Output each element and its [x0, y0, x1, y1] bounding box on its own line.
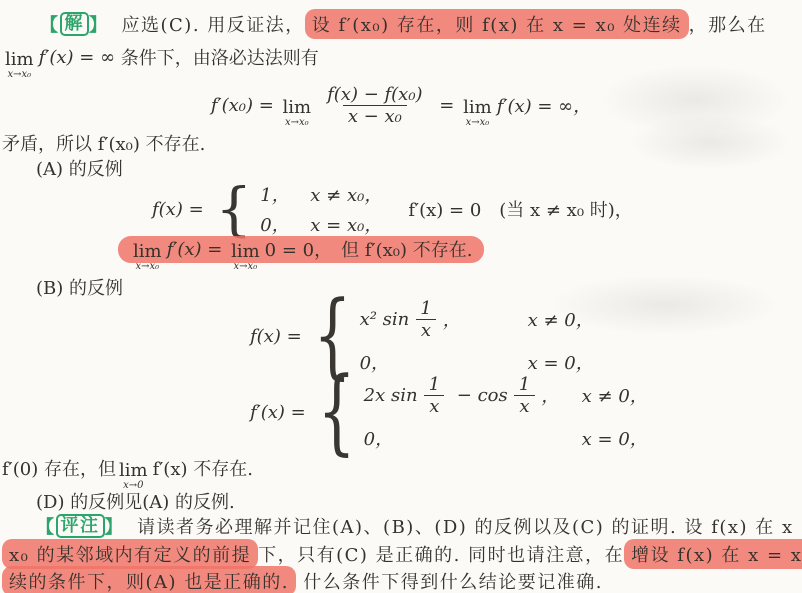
case-rows: 1，x ≠ x₀， 0，x = x₀， [260, 181, 382, 237]
remark-label-text: 评注 [56, 514, 105, 538]
case-row: 0， x = 0， [364, 425, 648, 451]
solution-line-2: limx→x₀ f′(x) = ∞ 条件下，由洛必达法则有 [2, 45, 319, 69]
limit-result-text: 0 = 0， 但 f′(x₀) 不存在. [265, 236, 473, 262]
lim-word: lim [231, 242, 260, 262]
solution-line-1-tail: ，那么在 [689, 11, 767, 37]
limit-operator: limx→x₀ [283, 98, 312, 128]
case-value: 0， [364, 425, 393, 451]
case-brace: { [317, 366, 355, 459]
case-condition: x = 0， [528, 349, 594, 375]
case-rows: x² sin1x， x ≠ 0， 0， x = 0， [360, 298, 594, 375]
case-row: 2x sin1x − cos1x， x ≠ 0， [364, 374, 648, 417]
solution-line-2-text: 条件下，由洛必达法则有 [121, 44, 319, 70]
highlight-premise: x₀ 的某邻域内有定义的前提 [2, 539, 258, 569]
fraction-numerator: f(x) − f(x₀) [322, 84, 427, 105]
piecewise-function-a: f(x) = { 1，x ≠ x₀， 0，x = x₀， f′(x) = 0 (… [152, 183, 633, 235]
highlighted-assumption-text: 设 f′(x₀) 存在，则 f(x) 在 x = x₀ 处连续 [312, 15, 682, 36]
counterexample-b-title: (B) 的反例 [36, 274, 123, 300]
contradiction-text: 矛盾，所以 f′(x₀) 不存在. [2, 130, 205, 156]
case-expression: 0， [364, 425, 582, 451]
piecewise-function-b: f(x) = { x² sin1x， x ≠ 0， 0， x = 0， [250, 298, 594, 374]
function-b-lhs: f(x) = [250, 326, 307, 347]
piecewise-derivative-b: f′(x) = { 2x sin1x − cos1x， x ≠ 0， 0， x … [250, 374, 648, 450]
solution-line-1: 【解】 应选(C). 用反证法， 设 f′(x₀) 存在，则 f(x) 在 x … [40, 12, 767, 36]
one-over-x-fraction: 1x [415, 298, 436, 341]
limit-operator: limx→x₀ [133, 242, 162, 272]
highlighted-condition-text: 增设 f(x) 在 x = x₀ 连 [631, 545, 802, 566]
derivative-a-note: f′(x) = 0 (当 x ≠ x₀ 时)， [408, 196, 632, 222]
lim-subscript: x→x₀ [234, 261, 258, 272]
difference-quotient-fraction: f(x) − f(x₀)x − x₀ [322, 84, 427, 127]
fraction-denominator: x [416, 319, 436, 341]
limit-operator: limx→x₀ [5, 50, 34, 80]
one-over-x-fraction: 1x [514, 374, 535, 417]
lim-word: lim [119, 461, 148, 481]
limit-operator: limx→0 [119, 461, 148, 491]
remark-text-1: 请读者务必理解并记住(A)、(B)、(D) 的反例以及(C) 的证明. 设 f(… [137, 513, 802, 539]
counterexample-a-title: (A) 的反例 [36, 155, 123, 181]
lim-subscript: x→x₀ [466, 117, 490, 128]
counterexample-a-conclusion: limx→x₀ f′(x) = limx→x₀ 0 = 0， 但 f′(x₀) … [118, 237, 484, 261]
label-bracket-left: 【 [36, 513, 56, 539]
case-expression: 2x sin1x − cos1x， [364, 374, 582, 417]
fraction-numerator: 1 [424, 374, 445, 395]
one-over-x-fraction: 1x [424, 374, 445, 417]
label-bracket-right: 】 [89, 11, 109, 37]
counterexample-a-heading: (A) 的反例 [36, 156, 123, 180]
limit-lhs: f′(x) = [167, 239, 228, 260]
highlighted-premise-text: x₀ 的某邻域内有定义的前提 [9, 545, 251, 566]
case-expression: 0， [360, 349, 528, 375]
fraction-denominator: x [514, 395, 534, 417]
case-row: 0，x = x₀， [260, 211, 382, 237]
case-condition: x ≠ 0， [582, 382, 648, 408]
term: x² sin [360, 309, 410, 330]
remark-text-3: 什么条件下得到什么结论要记准确. [296, 568, 603, 593]
case-value: 1， [260, 181, 310, 207]
case-row: x² sin1x， x ≠ 0， [360, 298, 594, 341]
limit-operator: limx→x₀ [463, 98, 492, 128]
function-a-lhs: f(x) = [152, 199, 209, 220]
limit-operator: limx→x₀ [231, 242, 260, 272]
formula-rhs: f′(x) = ∞， [497, 92, 591, 118]
case-value: 0， [360, 349, 389, 375]
highlight-conclusion: 续的条件下，则(A) 也是正确的. [2, 566, 296, 593]
lim-word: lim [133, 242, 162, 262]
case-expression: x² sin1x， [360, 298, 528, 341]
fraction-numerator: 1 [514, 374, 535, 395]
case-rows: 2x sin1x − cos1x， x ≠ 0， 0， x = 0， [364, 374, 648, 451]
counterexample-b-heading: (B) 的反例 [36, 275, 123, 299]
comma: ， [541, 382, 559, 408]
derivative-b-lhs: f′(x) = [250, 402, 311, 423]
term: 2x sin [364, 385, 418, 406]
fraction-denominator: x − x₀ [343, 105, 407, 127]
formula-lhs: f′(x₀) = [211, 95, 280, 116]
solution-label: 【解】 [40, 11, 109, 37]
b-conclusion-tail: f′(x) 不存在. [153, 455, 253, 481]
remark-line-2: x₀ 的某邻域内有定义的前提 下，只有(C) 是正确的. 同时也请注意，在 增设… [2, 542, 802, 566]
comma: ， [443, 306, 461, 332]
case-brace: { [215, 180, 252, 238]
fraction-denominator: x [424, 395, 444, 417]
lim-subscript: x→x₀ [285, 117, 309, 128]
case-condition: x = 0， [582, 425, 648, 451]
b-conclusion-lead: f′(0) 存在，但 [2, 455, 116, 481]
counterexample-d-line: (D) 的反例见(A) 的反例. [36, 489, 235, 513]
case-condition: x ≠ x₀， [310, 181, 382, 207]
fraction-numerator: 1 [415, 298, 436, 319]
contradiction-line: 矛盾，所以 f′(x₀) 不存在. [2, 131, 205, 155]
case-condition: x = x₀， [310, 211, 382, 237]
case-row: 0， x = 0， [360, 349, 594, 375]
remark-label: 【评注】 [36, 513, 124, 539]
remark-line-3: 续的条件下，则(A) 也是正确的. 什么条件下得到什么结论要记准确. [2, 569, 603, 593]
equals-sign: = [434, 95, 461, 116]
lim-word: lim [5, 50, 34, 70]
scanned-textbook-page: 【解】 应选(C). 用反证法， 设 f′(x₀) 存在，则 f(x) 在 x … [0, 0, 802, 593]
remark-line-1: 【评注】 请读者务必理解并记住(A)、(B)、(D) 的反例以及(C) 的证明.… [36, 514, 802, 538]
case-row: 1，x ≠ x₀， [260, 181, 382, 207]
term: − cos [451, 385, 508, 406]
case-value: 0， [260, 211, 310, 237]
counterexample-b-conclusion: f′(0) 存在，但 limx→0 f′(x) 不存在. [2, 456, 253, 480]
highlight-assumption: 设 f′(x₀) 存在，则 f(x) 在 x = x₀ 处连续 [305, 9, 689, 39]
lim-word: lim [463, 98, 492, 118]
highlight-counterexample-a: limx→x₀ f′(x) = limx→x₀ 0 = 0， 但 f′(x₀) … [118, 236, 484, 263]
solution-intro-text: 应选(C). 用反证法， [122, 11, 305, 37]
case-condition: x ≠ 0， [528, 306, 594, 332]
remark-text-2: 下，只有(C) 是正确的. 同时也请注意，在 [258, 541, 624, 567]
lim-subscript: x→x₀ [7, 69, 31, 80]
counterexample-d-text: (D) 的反例见(A) 的反例. [36, 488, 235, 514]
display-formula-lhopital: f′(x₀) = limx→x₀ f(x) − f(x₀)x − x₀ = li… [0, 80, 802, 130]
lim-subscript: x→x₀ [135, 261, 159, 272]
label-bracket-left: 【 [40, 11, 60, 37]
label-bracket-right: 】 [105, 513, 125, 539]
solution-label-text: 解 [60, 12, 90, 36]
highlight-added-condition: 增设 f(x) 在 x = x₀ 连 [624, 539, 802, 569]
lim-word: lim [283, 98, 312, 118]
highlighted-conclusion-text: 续的条件下，则(A) 也是正确的. [9, 572, 289, 593]
limit-expression: f′(x) = ∞ [39, 47, 121, 68]
